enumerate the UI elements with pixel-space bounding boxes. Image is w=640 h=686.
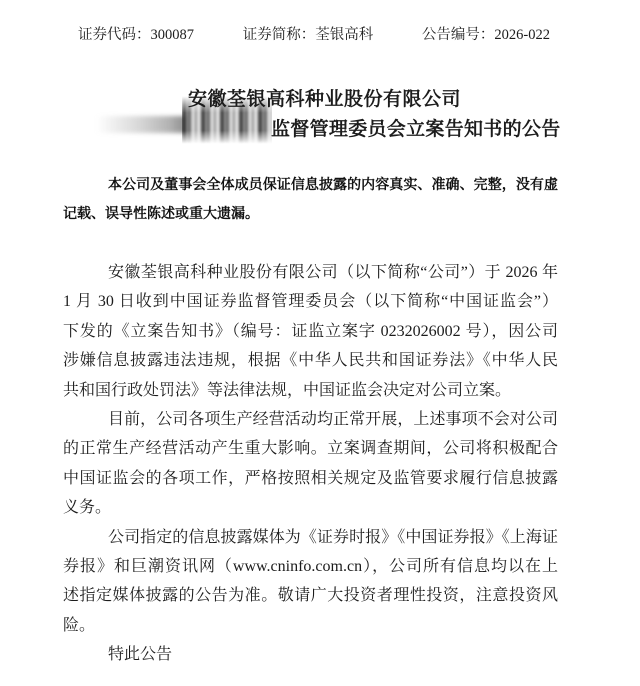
- announcement-document: 证券代码：300087 证券简称：荃银高科 公告编号：2026-022 安徽荃银…: [0, 0, 640, 686]
- text-line: 1 月 30 日收到中国证券监督管理委员会（以下简称“中国证监会”）: [63, 287, 558, 316]
- stock-short-name: 证券简称：荃银高科: [243, 27, 374, 44]
- announcement-number-label: 公告编号：: [422, 27, 495, 43]
- stock-code-value: 300087: [151, 27, 195, 43]
- text-line: 公司指定的信息披露媒体为《证券时报》《中国证券报》《上海证: [63, 523, 558, 552]
- text-line: 中国证监会的各项工作，严格按照相关规定及监管要求履行信息披露: [63, 464, 558, 493]
- announcement-title: 监督管理委员会立案告知书的公告: [271, 114, 561, 141]
- stock-short-name-value: 荃银高科: [315, 27, 373, 43]
- document-header: 证券代码：300087 证券简称：荃银高科 公告编号：2026-022: [0, 27, 640, 44]
- stock-code: 证券代码：300087: [78, 27, 194, 44]
- text-line: 涉嫌信息披露违法违规，根据《中华人民共和国证券法》《中华人民: [63, 346, 558, 375]
- disclaimer-paragraph: 本公司及董事会全体成员保证信息披露的内容真实、准确、完整，没有虚假记载、误导性陈…: [63, 170, 558, 229]
- announcement-number-value: 2026-022: [494, 27, 550, 43]
- redaction-smear-icon: [96, 116, 186, 133]
- text-line: 安徽荃银高科种业股份有限公司（以下简称“公司”）于 2026 年: [63, 258, 558, 287]
- text-line: 本公司及董事会全体成员保证信息披露的内容真实、准确、完整，没有虚假: [63, 170, 558, 199]
- text-line: 述指定媒体披露的公告为准。敬请广大投资者理性投资，注意投资风: [63, 581, 558, 610]
- text-line: 险。: [63, 611, 558, 640]
- text-line: 的正常生产经营活动产生重大影响。立案调查期间，公司将积极配合: [63, 434, 558, 463]
- text-line: 券报》和巨潮资讯网（www.cninfo.com.cn），公司所有信息均以在上: [63, 552, 558, 581]
- paragraph-filing-notice: 安徽荃银高科种业股份有限公司（以下简称“公司”）于 2026 年1 月 30 日…: [63, 258, 558, 405]
- company-name-title: 安徽荃银高科种业股份有限公司: [188, 84, 461, 111]
- announcement-number: 公告编号：2026-022: [422, 27, 550, 44]
- body-text: 安徽荃银高科种业股份有限公司（以下简称“公司”）于 2026 年1 月 30 日…: [63, 258, 558, 669]
- paragraph-disclosure-media: 公司指定的信息披露媒体为《证券时报》《中国证券报》《上海证券报》和巨潮资讯网（w…: [63, 523, 558, 641]
- text-line: 目前，公司各项生产经营活动均正常开展，上述事项不会对公司: [63, 405, 558, 434]
- stock-short-name-label: 证券简称：: [243, 27, 316, 43]
- stock-code-label: 证券代码：: [78, 27, 151, 43]
- closing-line: 特此公告: [63, 640, 558, 669]
- text-line: 共和国行政处罚法》等法律法规，中国证监会决定对公司立案。: [63, 376, 558, 405]
- paragraph-business-impact: 目前，公司各项生产经营活动均正常开展，上述事项不会对公司的正常生产经营活动产生重…: [63, 405, 558, 523]
- text-line: 下发的《立案告知书》（编号：证监立案字 0232026002 号），因公司: [63, 317, 558, 346]
- text-line: 义务。: [63, 493, 558, 522]
- text-line: 记载、误导性陈述或重大遗漏。: [63, 199, 558, 228]
